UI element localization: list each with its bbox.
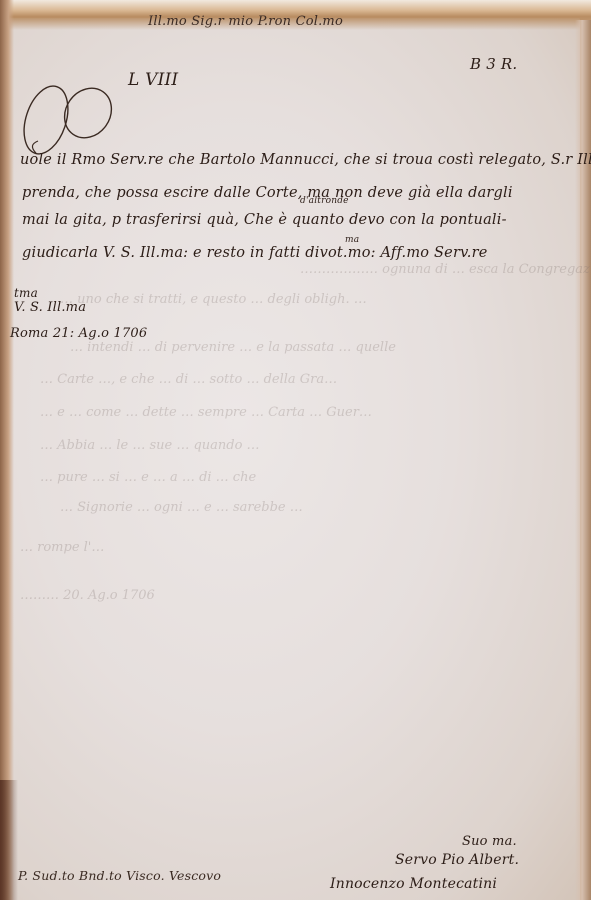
section-numeral: L VIII — [128, 70, 178, 90]
interlinear-insertion: d'altronde — [300, 196, 349, 206]
document-scan: ……………… ognuna di … esca la Congregaz.ne … — [0, 0, 591, 900]
bleed-through-line: … e … come … dette … sempre … Carta … Gu… — [40, 405, 372, 420]
signature-line: Suo ma. — [462, 834, 517, 849]
closing-superscript: tma — [14, 286, 38, 300]
signature-name: Innocenzo Montecatini — [330, 876, 497, 892]
letter-body-line: giudicarla V. S. Ill.ma: e resto in fatt… — [22, 245, 487, 261]
header-address: Ill.mo Sig.r mio P.ron Col.mo — [148, 14, 343, 29]
decorated-initial-q-icon — [8, 75, 128, 155]
letter-body-line: mai la gita, p trasferirsi quà, Che è qu… — [22, 212, 507, 228]
folio-mark: B 3 R. — [470, 55, 517, 73]
letter-body-line: prenda, che possa escire dalle Corte, ma… — [22, 185, 513, 201]
bleed-through-line: ……………… ognuna di … esca la Congregaz.ne — [300, 262, 591, 277]
binding-shadow — [0, 780, 18, 900]
letter-body-line: uole il Rmo Serv.re che Bartolo Mannucci… — [20, 152, 591, 168]
bleed-through-line: … uno che si tratti, e questo … degli ob… — [60, 292, 367, 307]
addressee-line: P. Sud.to Bnd.to Visco. Vescovo — [18, 868, 221, 883]
signature-line: Servo Pio Albert. — [395, 852, 519, 868]
bleed-through-line: ……… 20. Ag.o 1706 — [20, 588, 155, 603]
bleed-through-line: … rompe l'… — [20, 540, 104, 555]
bleed-through-line: … Abbia … le … sue … quando … — [40, 438, 260, 453]
place-and-date: Roma 21: Ag.o 1706 — [10, 326, 147, 341]
bleed-through-line: … Carte …, e che … di … sotto … della Gr… — [40, 372, 337, 387]
bleed-through-line: … intendi … di pervenire … e la passata … — [70, 340, 396, 355]
bleed-through-line: … Signorie … ogni … e … sarebbe … — [60, 500, 303, 515]
closing-salutation: V. S. Ill.ma — [14, 300, 86, 315]
interlinear-insertion: ma — [345, 235, 359, 245]
bleed-through-line: … pure … si … e … a … di … che — [40, 470, 256, 485]
